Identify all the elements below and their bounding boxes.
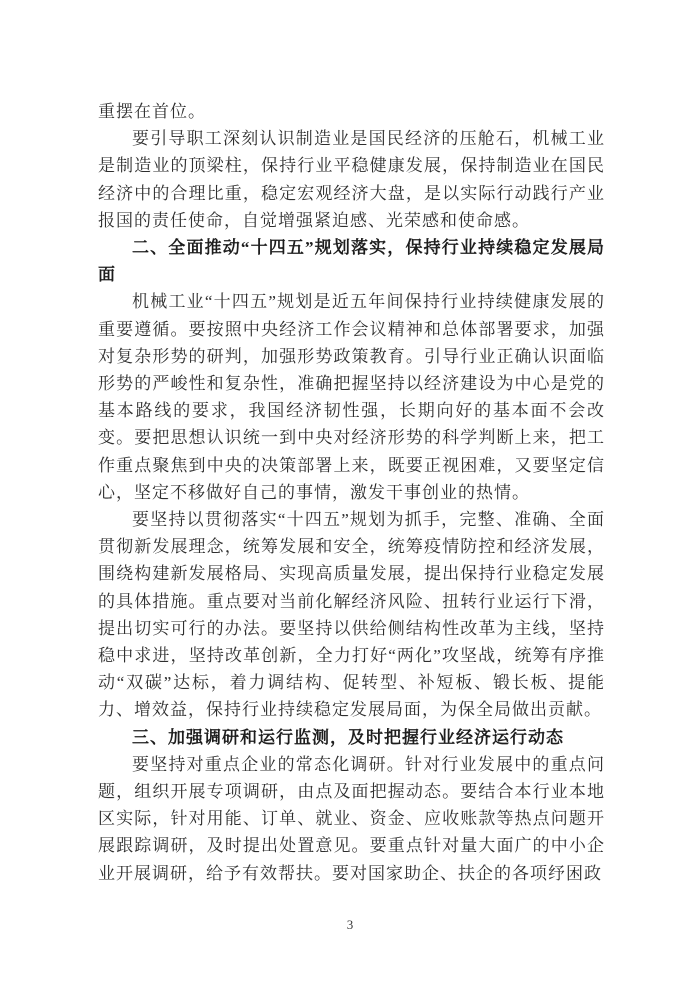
paragraph: 机械工业“十四五”规划是近五年间保持行业持续健康发展的重要遵循。要按照中央经济工… bbox=[98, 288, 605, 506]
document-page: 重摆在首位。 要引导职工深刻认识制造业是国民经济的压舱石，机械工业是制造业的顶梁… bbox=[0, 0, 700, 990]
page-number: 3 bbox=[0, 917, 700, 933]
paragraph: 要引导职工深刻认识制造业是国民经济的压舱石，机械工业是制造业的顶梁柱，保持行业平… bbox=[98, 125, 605, 234]
paragraph-continuation: 重摆在首位。 bbox=[98, 98, 605, 125]
section-heading-3: 三、加强调研和运行监测，及时把握行业经济运行动态 bbox=[98, 724, 605, 751]
section-heading-2: 二、全面推动“十四五”规划落实，保持行业持续稳定发展局面 bbox=[98, 234, 605, 288]
paragraph: 要坚持以贯彻落实“十四五”规划为抓手，完整、准确、全面贯彻新发展理念，统筹发展和… bbox=[98, 506, 605, 724]
page-body: 重摆在首位。 要引导职工深刻认识制造业是国民经济的压舱石，机械工业是制造业的顶梁… bbox=[98, 98, 605, 887]
paragraph: 要坚持对重点企业的常态化调研。针对行业发展中的重点问题，组织开展专项调研，由点及… bbox=[98, 751, 605, 887]
